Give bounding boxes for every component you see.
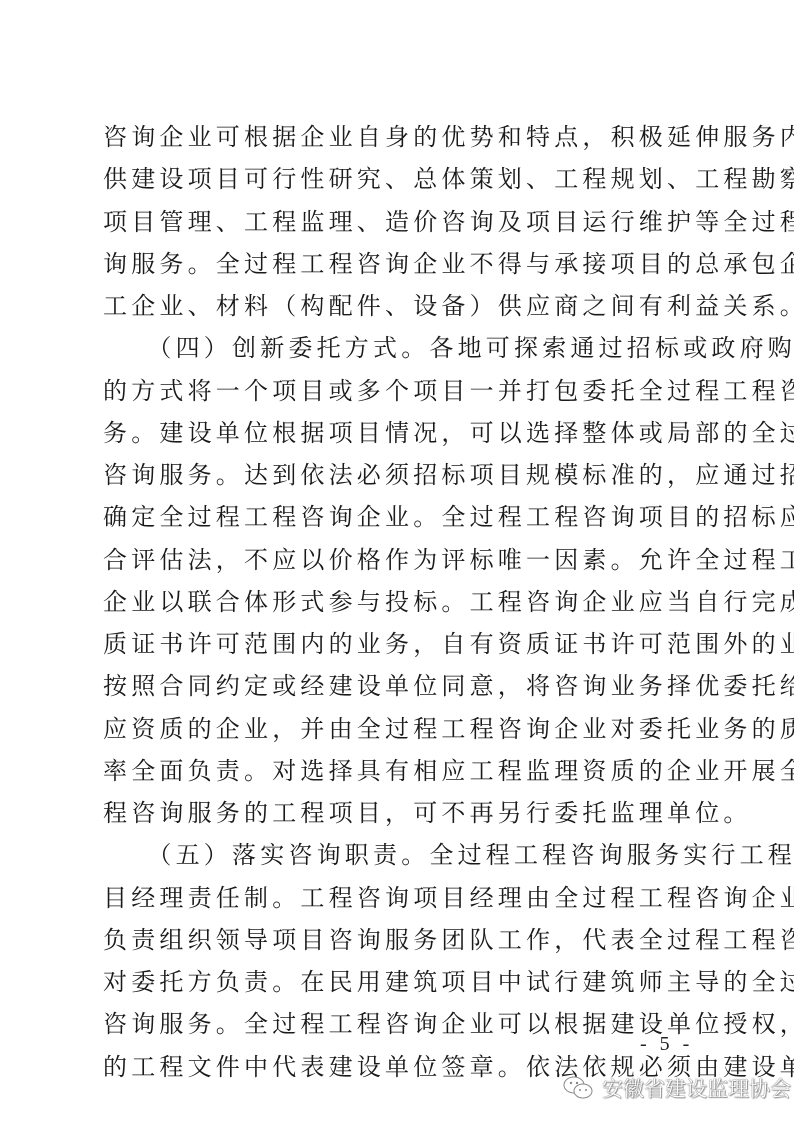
text-line: 工企业、材料（构配件、设备）供应商之间有利益关系。 [103,285,699,327]
text-line: 质证书许可范围内的业务，自有资质证书许可范围外的业务，可 [103,623,699,665]
document-body: 咨询企业可根据企业自身的优势和特点，积极延伸服务内容，提 供建设项目可行性研究、… [103,116,699,1088]
text-line: 负责组织领导项目咨询服务团队工作，代表全过程工程咨询企业 [103,919,699,961]
text-line: 合评估法，不应以价格作为评标唯一因素。允许全过程工程咨询 [103,539,699,581]
text-line: 的方式将一个项目或多个项目一并打包委托全过程工程咨询服 [103,370,699,412]
text-line: 程咨询服务的工程项目，可不再另行委托监理单位。 [103,792,699,834]
text-line: 咨询企业可根据企业自身的优势和特点，积极延伸服务内容，提 [103,116,699,158]
text-line: 询服务。全过程工程咨询企业不得与承接项目的总承包企业、施 [103,243,699,285]
text-line: 项目管理、工程监理、造价咨询及项目运行维护等全过程工程咨 [103,201,699,243]
text-line: 企业以联合体形式参与投标。工程咨询企业应当自行完成自有资 [103,581,699,623]
watermark: 安徽省建设监理协会 [562,1072,791,1104]
text-line: 目经理责任制。工程咨询项目经理由全过程工程咨询企业授权， [103,877,699,919]
section-heading-line: （四）创新委托方式。各地可探索通过招标或政府购买服务 [103,327,699,369]
text-line: 供建设项目可行性研究、总体策划、工程规划、工程勘察与设计、 [103,158,699,200]
section-heading-line: （五）落实咨询职责。全过程工程咨询服务实行工程咨询项 [103,834,699,876]
text-line: 务。建设单位根据项目情况，可以选择整体或局部的全过程工程 [103,412,699,454]
text-line: 应资质的企业，并由全过程工程咨询企业对委托业务的质量和效 [103,708,699,750]
wechat-icon [562,1074,594,1102]
page-number: - 5 - [640,1033,693,1056]
text-line: 按照合同约定或经建设单位同意，将咨询业务择优委托给具有相 [103,665,699,707]
text-line: 咨询服务。全过程工程咨询企业可以根据建设单位授权，在相应 [103,1003,699,1045]
text-line: 率全面负责。对选择具有相应工程监理资质的企业开展全过程工 [103,750,699,792]
text-line: 咨询服务。达到依法必须招标项目规模标准的，应通过招标方式 [103,454,699,496]
text-line: 对委托方负责。在民用建筑项目中试行建筑师主导的全过程工程 [103,961,699,1003]
text-line: 确定全过程工程咨询企业。全过程工程咨询项目的招标应采用综 [103,496,699,538]
watermark-text: 安徽省建设监理协会 [602,1073,791,1103]
